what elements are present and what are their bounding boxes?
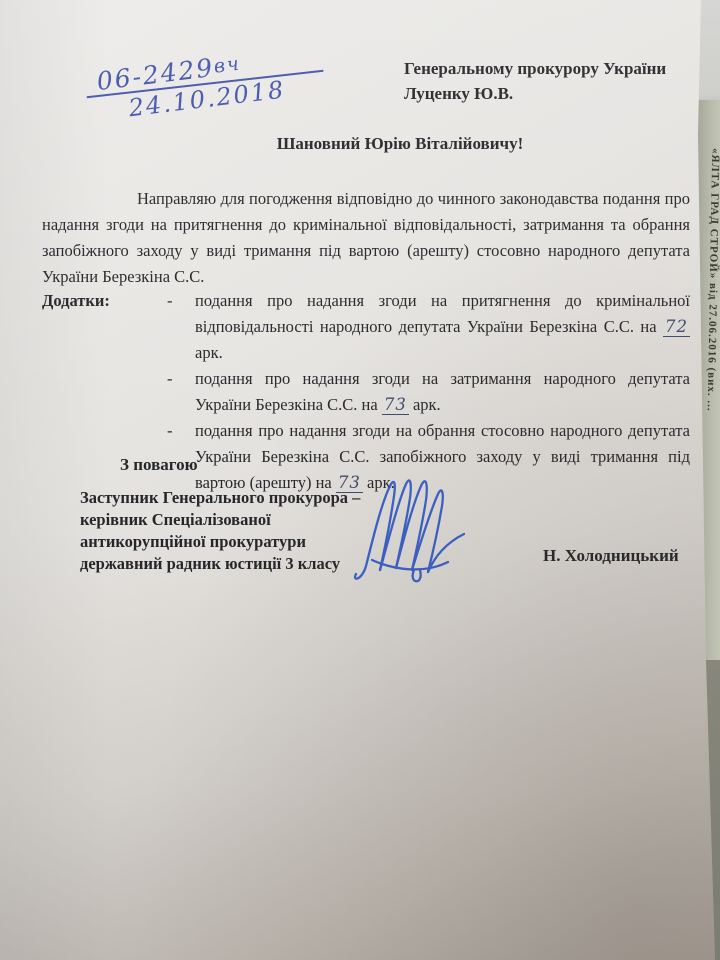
handwritten-registration-note: 06-2429вч 24.10.2018 (83, 40, 326, 128)
letter-page: 06-2429вч 24.10.2018 Генеральному прокур… (0, 0, 720, 960)
signer-title-line: державний радник юстиції 3 класу (80, 553, 360, 575)
attachment-item: - подання про надання згоди на затриманн… (165, 366, 690, 418)
attachments-label: Додатки: (42, 288, 110, 314)
signer-title-line: Заступник Генерального прокурора – (80, 487, 360, 509)
handwritten-page-count: 73 (382, 395, 409, 415)
signer-title-line: антикорупційної прокуратури (80, 531, 360, 553)
attachment-text-suffix: арк. (195, 343, 223, 362)
closing-salutation: З повагою (120, 455, 198, 475)
handwritten-page-count: 72 (663, 317, 690, 337)
recipient-line-1: Генеральному прокурору України (404, 56, 666, 81)
dash-bullet: - (167, 418, 173, 444)
body-paragraph: Направляю для погодження відповідно до ч… (42, 186, 690, 290)
signer-name: Н. Холодницький (543, 546, 679, 566)
dash-bullet: - (167, 288, 173, 314)
adjacent-document-vertical-text: «ЯЛТА ГРАД СТРОЙ» від 27.06.2016 (вих. .… (705, 148, 720, 412)
attachment-text: подання про надання згоди на затримання … (195, 369, 690, 414)
signer-title-line: керівник Спеціалізованої (80, 509, 360, 531)
attachment-item: - подання про надання згоди на притягнен… (165, 288, 690, 366)
dash-bullet: - (167, 366, 173, 392)
attachment-text: подання про надання згоди на притягнення… (195, 291, 690, 336)
registration-number-suffix: вч (213, 53, 242, 78)
signature-scribble (342, 472, 482, 592)
recipient-line-2: Луценку Ю.В. (404, 81, 666, 106)
salutation: Шановний Юрію Віталійовичу! (80, 134, 720, 154)
attachment-text-suffix: арк. (413, 395, 441, 414)
signer-title-block: Заступник Генерального прокурора – керів… (80, 487, 360, 575)
photo-of-letter: «ЯЛТА ГРАД СТРОЙ» від 27.06.2016 (вих. .… (0, 0, 720, 960)
recipient-block: Генеральному прокурору України Луценку Ю… (404, 56, 666, 106)
